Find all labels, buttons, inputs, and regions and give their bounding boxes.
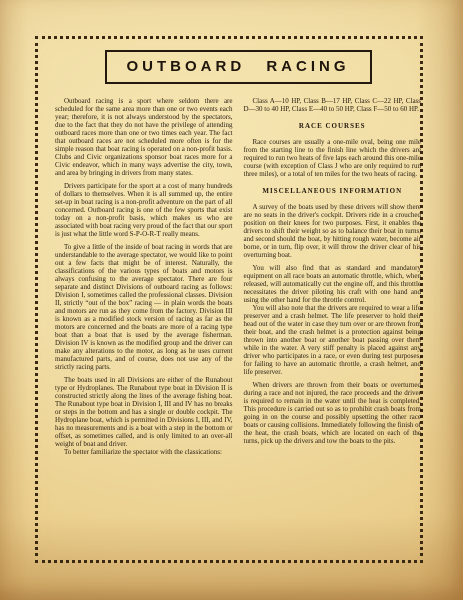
section-heading-race-courses: RACE COURSES <box>244 122 422 130</box>
paragraph: Outboard racing is a sport where seldom … <box>55 97 233 177</box>
paragraph: Race courses are usually a one-mile oval… <box>244 138 422 178</box>
scanned-booklet-page: OUTBOARD RACING Outboard racing is a spo… <box>0 0 463 600</box>
paragraph: You will also note that the drivers are … <box>244 304 422 376</box>
page-content: OUTBOARD RACING Outboard racing is a spo… <box>55 50 421 461</box>
paragraph: Drivers participate for the sport at a c… <box>55 182 233 238</box>
paragraph: To give a little of the inside of boat r… <box>55 243 233 371</box>
paragraph: You will also find that as standard and … <box>244 264 422 304</box>
paragraph: When drivers are thrown from their boats… <box>244 381 422 445</box>
section-heading-miscellaneous: MISCELLANEOUS INFORMATION <box>244 187 422 195</box>
right-column: Class A—10 HP, Class B—17 HP, Class C—22… <box>244 97 422 461</box>
class-list-paragraph: Class A—10 HP, Class B—17 HP, Class C—22… <box>244 97 422 113</box>
title-box: OUTBOARD RACING <box>105 50 372 84</box>
left-column: Outboard racing is a sport where seldom … <box>55 97 233 461</box>
paragraph: The boats used in all Divisions are eith… <box>55 376 233 448</box>
page-title: OUTBOARD RACING <box>127 58 350 75</box>
text-columns: Outboard racing is a sport where seldom … <box>55 97 421 461</box>
paragraph: A survey of the boats used by these driv… <box>244 203 422 259</box>
paragraph: To better familiarize the spectator with… <box>55 448 233 456</box>
